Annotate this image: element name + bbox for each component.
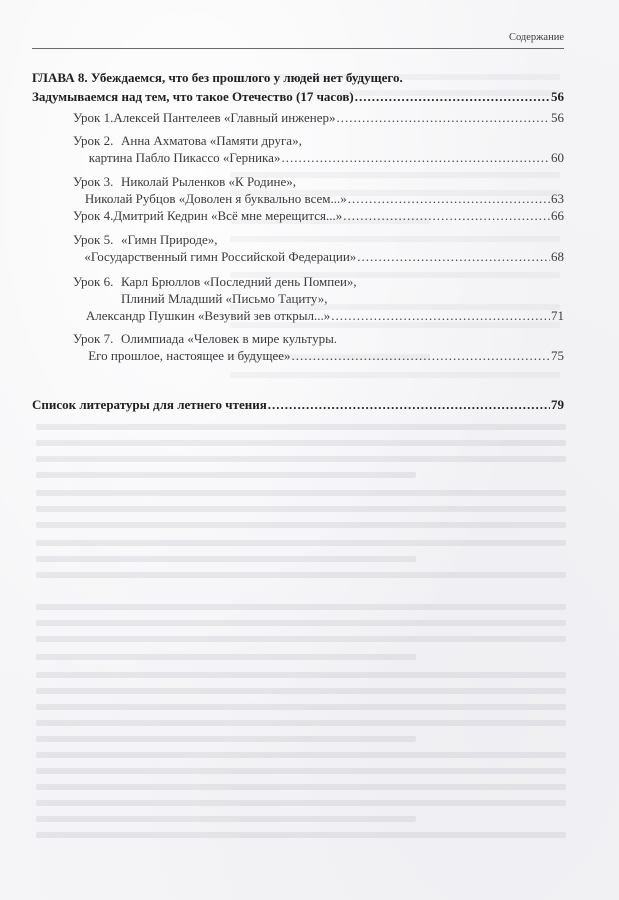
toc-entry-lesson-7[interactable]: Его прошлое, настоящее и будущее»75 [73, 348, 564, 364]
lesson-title: Дмитрий Кедрин «Всё мне мерещится...» [113, 208, 342, 224]
lesson-title: Александр Пушкин «Везувий зев открыл...» [86, 308, 330, 324]
toc-entry-lesson-2[interactable]: картина Пабло Пикассо «Герника»60 [73, 150, 564, 166]
bleed-line [36, 768, 566, 774]
lesson-title: Карл Брюллов «Последний день Помпеи», [121, 274, 357, 290]
toc-entry-reading-list[interactable]: Список литературы для летнего чтения 79 [32, 397, 564, 413]
bleed-line [36, 654, 416, 660]
dot-leader [357, 249, 550, 265]
bleed-line [36, 620, 566, 626]
lesson-title: Анна Ахматова «Памяти друга», [121, 133, 302, 149]
lesson-title: Николай Рубцов «Доволен я буквально всем… [85, 191, 347, 207]
lesson-title: Плиний Младший «Письмо Тациту», [121, 291, 327, 307]
lesson-line: Урок 3.Николай Рыленков «К Родине», [73, 174, 564, 190]
dot-leader [268, 397, 550, 413]
bleed-line [36, 440, 566, 446]
page-number: 79 [551, 397, 564, 413]
lesson-line: Урок 2.Анна Ахматова «Памяти друга», [73, 133, 564, 149]
bleed-line [36, 556, 416, 562]
lesson-label: Урок 3. [73, 174, 121, 190]
bleed-line [36, 736, 416, 742]
chapter-title-line-1: ГЛАВА 8. Убеждаемся, что без прошлого у … [32, 70, 403, 85]
running-header: Содержание [509, 32, 564, 43]
reading-list-title: Список литературы для летнего чтения [32, 397, 267, 413]
lesson-title: «Гимн Природе», [121, 232, 218, 248]
chapter-heading-line-1: ГЛАВА 8. Убеждаемся, что без прошлого у … [32, 70, 564, 86]
bleed-line [36, 604, 566, 610]
dot-leader [348, 191, 550, 207]
bleed-line [36, 540, 566, 546]
lesson-title: Алексей Пантелеев «Главный инженер» [113, 110, 335, 126]
bleed-line [36, 784, 566, 790]
bleed-line [36, 522, 566, 528]
lesson-label: Урок 5. [73, 232, 121, 248]
bleed-line [36, 752, 566, 758]
bleed-line [36, 490, 566, 496]
bleed-line [36, 704, 566, 710]
dot-leader [281, 150, 550, 166]
bleed-line [36, 636, 566, 642]
bleed-line [36, 506, 566, 512]
bleed-line [36, 472, 416, 478]
lesson-label: Урок 6. [73, 274, 121, 290]
bleed-line [36, 672, 566, 678]
bleed-line [36, 456, 566, 462]
chapter-title-line-2: Задумываемся над тем, что такое Отечеств… [32, 89, 354, 105]
lesson-line: Урок 6.Карл Брюллов «Последний день Помп… [73, 274, 564, 290]
page-number: 56 [551, 89, 564, 105]
lesson-label: Урок 7. [73, 331, 121, 347]
toc-entry-chapter-8[interactable]: Задумываемся над тем, что такое Отечеств… [32, 89, 564, 105]
page-number: 68 [551, 249, 564, 265]
bleed-line [36, 572, 566, 578]
dot-leader [292, 348, 551, 364]
bleed-line [36, 424, 566, 430]
header-rule [32, 48, 564, 49]
lesson-line: Урок 5.«Гимн Природе», [73, 232, 564, 248]
lesson-label: Урок 4. [73, 208, 113, 224]
page-number: 63 [551, 191, 564, 207]
toc-entry-lesson-5[interactable]: «Государственный гимн Российской Федерац… [73, 249, 564, 265]
dot-leader [343, 208, 550, 224]
bleed-line [36, 832, 566, 838]
page-number: 66 [551, 208, 564, 224]
dot-leader [331, 308, 550, 324]
toc-entry-lesson-6[interactable]: Александр Пушкин «Везувий зев открыл...»… [73, 308, 564, 324]
lesson-title: картина Пабло Пикассо «Герника» [89, 150, 281, 166]
bleed-line [36, 720, 566, 726]
bleed-line [36, 688, 566, 694]
lesson-title: Его прошлое, настоящее и будущее» [88, 348, 290, 364]
page-number: 75 [551, 348, 564, 364]
page-number: 60 [551, 150, 564, 166]
toc-entry-lesson-4[interactable]: Урок 4.Дмитрий Кедрин «Всё мне мерещится… [73, 208, 564, 224]
toc-entry-lesson-1[interactable]: Урок 1.Алексей Пантелеев «Главный инжене… [73, 110, 564, 126]
bleed-line [36, 816, 416, 822]
page-number: 71 [551, 308, 564, 324]
bleed-line [36, 800, 566, 806]
page-number: 56 [551, 110, 564, 126]
lesson-label: Урок 1. [73, 110, 113, 126]
bleed-line [230, 372, 560, 378]
lesson-line: Урок 7.Олимпиада «Человек в мире культур… [73, 331, 564, 347]
lesson-title: Олимпиада «Человек в мире культуры. [121, 331, 337, 347]
lesson-title: «Государственный гимн Российской Федерац… [84, 249, 356, 265]
dot-leader [336, 110, 550, 126]
dot-leader [355, 89, 550, 105]
lesson-line: Плиний Младший «Письмо Тациту», [73, 291, 564, 307]
lesson-title: Николай Рыленков «К Родине», [121, 174, 296, 190]
lesson-label: Урок 2. [73, 133, 121, 149]
toc-entry-lesson-3[interactable]: Николай Рубцов «Доволен я буквально всем… [73, 191, 564, 207]
